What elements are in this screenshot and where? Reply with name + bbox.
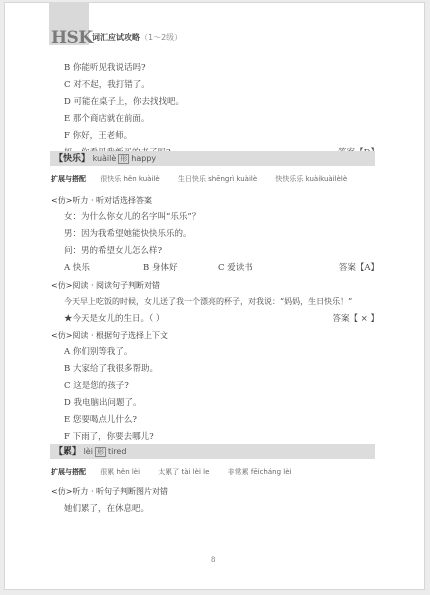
option-line: B 大家给了我很多帮助。 bbox=[64, 363, 158, 375]
headword: 【累】 bbox=[54, 447, 81, 457]
extension-row: 扩展与搭配 很快乐 hěn kuàilè 生日快乐 shēngrì kuàilè… bbox=[51, 174, 363, 184]
choice-b: B 身体好 bbox=[143, 262, 177, 274]
option-line: F 下雨了，你要去哪儿? bbox=[64, 431, 154, 443]
extension-label: 扩展与搭配 bbox=[51, 175, 86, 183]
option-b: B 你能听见我说话吗? bbox=[64, 62, 146, 74]
dialogue-line: 问：男的希望女儿怎么样? bbox=[64, 245, 162, 257]
extension-item: 很累 hěn lèi bbox=[100, 468, 140, 476]
pinyin: lèi bbox=[84, 447, 93, 456]
headword: 【快乐】 bbox=[54, 154, 90, 164]
section-title: <仿>听力 · 听句子判断图片对错 bbox=[51, 486, 168, 497]
section-title: <仿>听力 · 听对话选择答案 bbox=[51, 195, 152, 206]
pinyin: kuàilè bbox=[93, 154, 117, 163]
page-number: 8 bbox=[211, 556, 215, 564]
hsk-logo: HSK bbox=[51, 28, 93, 48]
word-header-kuaile: 【快乐】 kuàilè形happy bbox=[50, 151, 375, 166]
book-title: 词汇应试攻略（1～2级） bbox=[92, 32, 182, 43]
option-d: D 可能在桌子上，你去找找吧。 bbox=[64, 96, 184, 108]
option-line: C 这是您的孩子? bbox=[64, 380, 129, 392]
book-title-text: 词汇应试攻略 bbox=[92, 33, 140, 42]
option-line: E 您要喝点儿什么? bbox=[64, 414, 137, 426]
option-f: F 你好，王老师。 bbox=[64, 130, 132, 142]
option-e: E 那个商店就在前面。 bbox=[64, 113, 149, 125]
option-c: C 对不起，我打错了。 bbox=[64, 79, 150, 91]
answer-label: 答案【 × 】 bbox=[332, 313, 379, 325]
extension-item: 生日快乐 shēngrì kuàilè bbox=[178, 175, 257, 183]
extension-item: 非常累 fēicháng lèi bbox=[228, 468, 292, 476]
extension-row: 扩展与搭配 很累 hěn lèi 太累了 tài lèi le 非常累 fēic… bbox=[51, 467, 307, 477]
extension-item: 很快乐 hěn kuàilè bbox=[100, 175, 159, 183]
statement-line: ★今天是女儿的生日。（ ） bbox=[64, 313, 164, 325]
answer-label: 答案【A】 bbox=[339, 262, 379, 274]
extension-label: 扩展与搭配 bbox=[51, 468, 86, 476]
option-line: A 你们别等我了。 bbox=[64, 346, 132, 358]
choice-a: A 快乐 bbox=[64, 262, 90, 274]
dialogue-line: 女：为什么你女儿的名字叫“乐乐”？ bbox=[64, 211, 200, 223]
english-gloss: happy bbox=[131, 154, 156, 163]
section-title: <仿>阅读 · 根据句子选择上下文 bbox=[51, 330, 168, 341]
word-header-lei: 【累】 lèi形tired bbox=[50, 444, 375, 459]
sentence-line: 她们累了，在休息吧。 bbox=[64, 503, 149, 515]
part-of-speech: 形 bbox=[95, 447, 106, 457]
english-gloss: tired bbox=[108, 447, 126, 456]
part-of-speech: 形 bbox=[118, 154, 129, 164]
reading-line: 今天早上吃饭的时候，女儿送了我一个漂亮的杯子，对我说：“妈妈，生日快乐！” bbox=[64, 296, 352, 308]
choice-c: C 爱读书 bbox=[218, 262, 253, 274]
section-title: <仿>阅读 · 阅读句子判断对错 bbox=[51, 280, 160, 291]
dialogue-line: 男：因为我希望她能快快乐乐的。 bbox=[64, 228, 192, 240]
extension-item: 太累了 tài lèi le bbox=[158, 468, 209, 476]
book-level: （1～2级） bbox=[140, 33, 182, 42]
option-line: D 我电脑出问题了。 bbox=[64, 397, 142, 409]
extension-item: 快快乐乐 kuàikuàilèlè bbox=[275, 175, 347, 183]
